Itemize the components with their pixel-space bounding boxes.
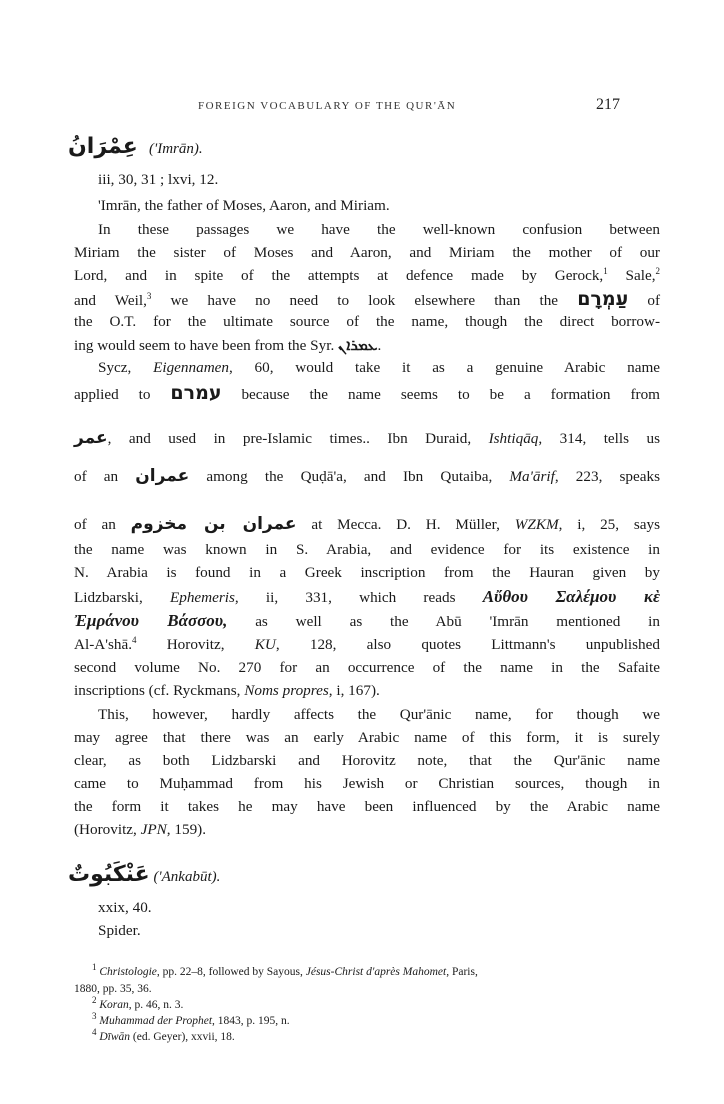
transliteration: ('Imrān). <box>149 141 203 157</box>
transliteration: ('Ankabūt). <box>153 869 220 885</box>
entry-gloss: Spider. <box>98 921 660 941</box>
body-line: N. Arabia is found in a Greek inscriptio… <box>74 563 660 583</box>
footnote-1: 1 Christologie, pp. 22–8, followed by Sa… <box>92 964 678 980</box>
body-line: Lord, and in spite of the attempts at de… <box>74 266 660 286</box>
hebrew-word: עַמְרָם <box>577 288 628 310</box>
body-line: the name was known in S. Arabia, and evi… <box>74 540 660 560</box>
body-line: ing would seem to have been from the Syr… <box>74 335 660 356</box>
entry-references: iii, 30, 31 ; lxvi, 12. <box>98 170 660 190</box>
arabic-word: عمر <box>74 428 108 448</box>
body-line: applied to עמרם because the name seems t… <box>74 383 660 405</box>
body-line: and Weil,3 we have no need to look elsew… <box>74 289 660 311</box>
entry-heading-imran: عِمْرَانُ ('Imrān). <box>68 134 203 159</box>
body-line: clear, as both Lidzbarski and Horovitz n… <box>74 751 660 771</box>
arabic-word: عمران <box>135 466 189 486</box>
entry-references: xxix, 40. <box>98 898 660 918</box>
greek-text: Αὔθου Σαλέμου κὲ <box>483 587 660 606</box>
hebrew-word: עמרם <box>170 382 221 404</box>
body-line: Lidzbarski, Ephemeris, ii, 331, which re… <box>74 587 660 608</box>
body-line: عمر, and used in pre-Islamic times.. Ibn… <box>74 428 660 449</box>
syriac-word: ܥܡܪܐܢ <box>338 336 377 354</box>
greek-text: Ἐμράνου Βάσσου, <box>74 611 227 630</box>
body-line: Miriam the sister of Moses and Aaron, an… <box>74 243 660 263</box>
footnote-1-continued: 1880, pp. 35, 36. <box>74 981 660 997</box>
book-page: FOREIGN VOCABULARY OF THE QUR'ĀN 217 عِم… <box>0 0 724 1104</box>
body-line: inscriptions (cf. Ryckmans, Noms propres… <box>74 681 660 701</box>
body-line: may agree that there was an early Arabic… <box>74 728 660 748</box>
entry-gloss: 'Imrān, the father of Moses, Aaron, and … <box>98 196 660 216</box>
arabic-headword: عَنْكَبُوتٌ <box>68 862 150 887</box>
body-line: This, however, hardly affects the Qur'ān… <box>98 705 660 725</box>
page-number: 217 <box>596 96 620 114</box>
footnote-3: 3 Muhammad der Prophet, 1843, p. 195, n. <box>92 1013 678 1029</box>
body-line: of an عمران among the Quḍā'a, and Ibn Qu… <box>74 466 660 487</box>
entry-heading-ankabut: عَنْكَبُوتٌ ('Ankabūt). <box>68 862 220 887</box>
body-line: (Horovitz, JPN, 159). <box>74 820 660 840</box>
footnote-4: 4 Dīwān (ed. Geyer), xxvii, 18. <box>92 1029 678 1045</box>
running-head: FOREIGN VOCABULARY OF THE QUR'ĀN <box>198 100 456 112</box>
arabic-word: عمران بن مخزوم <box>131 514 297 534</box>
body-line: of an عمران بن مخزوم at Mecca. D. H. Mül… <box>74 514 660 535</box>
body-line: In these passages we have the well-known… <box>98 220 660 240</box>
body-line: Sycz, Eigennamen, 60, would take it as a… <box>98 358 660 378</box>
body-line: Al-A'shā.4 Horovitz, KU, 128, also quote… <box>74 635 660 655</box>
footnote-2: 2 Koran, p. 46, n. 3. <box>92 997 678 1013</box>
arabic-headword: عِمْرَانُ <box>68 134 138 159</box>
body-line: second volume No. 270 for an occurrence … <box>74 658 660 678</box>
body-line: Ἐμράνου Βάσσου, as well as the Abū 'Imrā… <box>74 611 660 632</box>
body-line: came to Muḥammad from his Jewish or Chri… <box>74 774 660 794</box>
body-line: the O.T. for the ultimate source of the … <box>74 312 660 332</box>
body-line: the form it takes he may have been influ… <box>74 797 660 817</box>
